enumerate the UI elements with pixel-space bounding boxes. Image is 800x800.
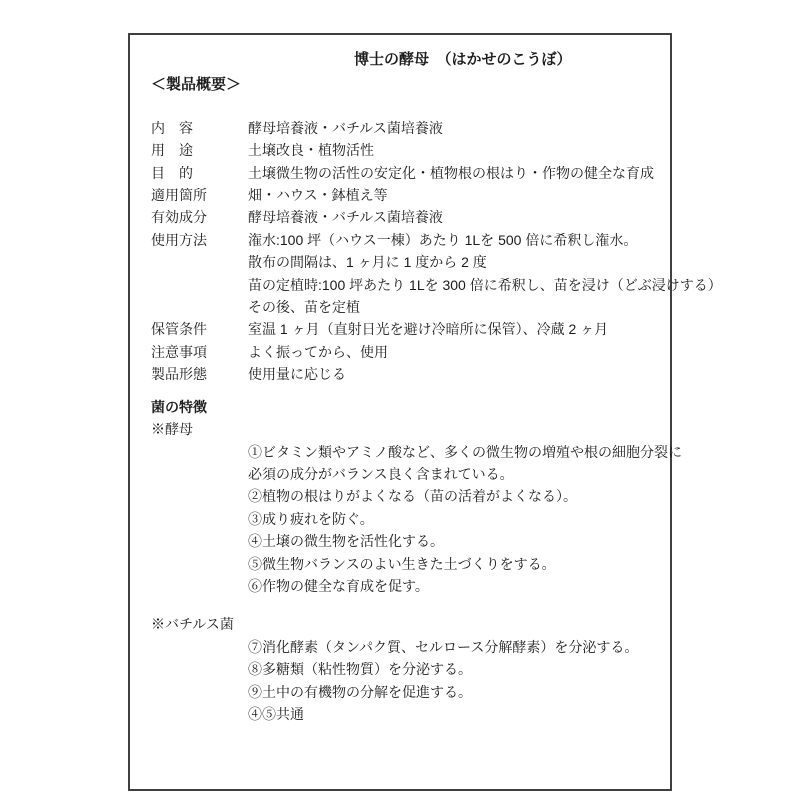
spec-value: 土壌改良・植物活性 xyxy=(248,139,374,161)
feature-item: ①ビタミン類やアミノ酸など、多くの微生物の増殖や根の細胞分裂に xyxy=(248,441,652,463)
spec-row-active-ingredient: 有効成分 酵母培養液・バチルス菌培養液 xyxy=(151,206,652,228)
overview-heading: ＜製品概要＞ xyxy=(151,74,652,96)
yeast-feature-list: ①ビタミン類やアミノ酸など、多くの微生物の増殖や根の細胞分裂に 必須の成分がバラ… xyxy=(248,441,652,598)
spec-value: 使用量に応じる xyxy=(248,363,346,385)
usage-line: 潅水:100 坪（ハウス一棟）あたり 1Lを 500 倍に希釈し潅水。 xyxy=(248,229,722,251)
spec-value: 畑・ハウス・鉢植え等 xyxy=(248,184,388,206)
usage-line: その後、苗を定植 xyxy=(248,296,722,318)
spec-value: 酵母培養液・バチルス菌培養液 xyxy=(248,206,443,228)
usage-line: 苗の定植時:100 坪あたり 1Lを 300 倍に希釈し、苗を浸け（どぶ浸けする… xyxy=(248,274,722,296)
feature-item: ④⑤共通 xyxy=(248,703,652,725)
yeast-subheading: ※酵母 xyxy=(151,418,652,440)
spec-label: 内 容 xyxy=(151,117,248,139)
spec-label: 注意事項 xyxy=(151,341,248,363)
spec-row-application-area: 適用箇所 畑・ハウス・鉢植え等 xyxy=(151,184,652,206)
spec-row-how-to-use: 使用方法 潅水:100 坪（ハウス一棟）あたり 1Lを 500 倍に希釈し潅水。… xyxy=(151,229,652,319)
feature-item: ④土壌の微生物を活性化する。 xyxy=(248,530,652,552)
spec-row-product-form: 製品形態 使用量に応じる xyxy=(151,363,652,385)
document-page: 博士の酵母 （はかせのこうぼ） ＜製品概要＞ 内 容 酵母培養液・バチルス菌培養… xyxy=(128,33,672,791)
spec-label: 製品形態 xyxy=(151,363,248,385)
spec-label: 目 的 xyxy=(151,162,248,184)
usage-line: 散布の間隔は、1 ヶ月に 1 度から 2 度 xyxy=(248,251,722,273)
spec-row-content: 内 容 酵母培養液・バチルス菌培養液 xyxy=(151,117,652,139)
feature-item: ⑨土中の有機物の分解を促進する。 xyxy=(248,681,652,703)
spec-value: 酵母培養液・バチルス菌培養液 xyxy=(248,117,443,139)
spec-table: 内 容 酵母培養液・バチルス菌培養液 用 途 土壌改良・植物活性 目 的 土壌微… xyxy=(151,117,652,386)
spec-label: 保管条件 xyxy=(151,318,248,340)
spec-value: 室温 1 ヶ月（直射日光を避け冷暗所に保管）、冷蔵 2 ヶ月 xyxy=(248,318,608,340)
feature-item: ⑦消化酵素（タンパク質、セルロース分解酵素）を分泌する。 xyxy=(248,636,652,658)
feature-item: ②植物の根はりがよくなる（苗の活着がよくなる）。 xyxy=(248,485,652,507)
spec-label: 用 途 xyxy=(151,139,248,161)
spec-value-multiline: 潅水:100 坪（ハウス一棟）あたり 1Lを 500 倍に希釈し潅水。 散布の間… xyxy=(248,229,722,319)
feature-item: ⑥作物の健全な育成を促す。 xyxy=(248,575,652,597)
bacillus-subheading: ※バチルス菌 xyxy=(151,613,652,635)
spec-value: よく振ってから、使用 xyxy=(248,341,388,363)
spec-value: 土壌微生物の活性の安定化・植物根の根はり・作物の健全な育成 xyxy=(248,162,654,184)
feature-item-continuation: 必須の成分がバランス良く含まれている。 xyxy=(248,463,652,485)
spec-row-purpose: 目 的 土壌微生物の活性の安定化・植物根の根はり・作物の健全な育成 xyxy=(151,162,652,184)
spec-row-storage: 保管条件 室温 1 ヶ月（直射日光を避け冷暗所に保管）、冷蔵 2 ヶ月 xyxy=(151,318,652,340)
spec-label: 使用方法 xyxy=(151,229,248,251)
feature-item: ⑤微生物バランスのよい生きた土づくりをする。 xyxy=(248,553,652,575)
feature-item: ⑧多糖類（粘性物質）を分泌する。 xyxy=(248,658,652,680)
spec-label: 適用箇所 xyxy=(151,184,248,206)
spec-row-caution: 注意事項 よく振ってから、使用 xyxy=(151,341,652,363)
spec-label: 有効成分 xyxy=(151,206,248,228)
features-heading: 菌の特徴 xyxy=(151,396,652,418)
doc-title: 博士の酵母 （はかせのこうぼ） xyxy=(354,49,652,71)
spec-row-usage: 用 途 土壌改良・植物活性 xyxy=(151,139,652,161)
bacillus-feature-list: ⑦消化酵素（タンパク質、セルロース分解酵素）を分泌する。 ⑧多糖類（粘性物質）を… xyxy=(248,636,652,726)
feature-item: ③成り疲れを防ぐ。 xyxy=(248,508,652,530)
